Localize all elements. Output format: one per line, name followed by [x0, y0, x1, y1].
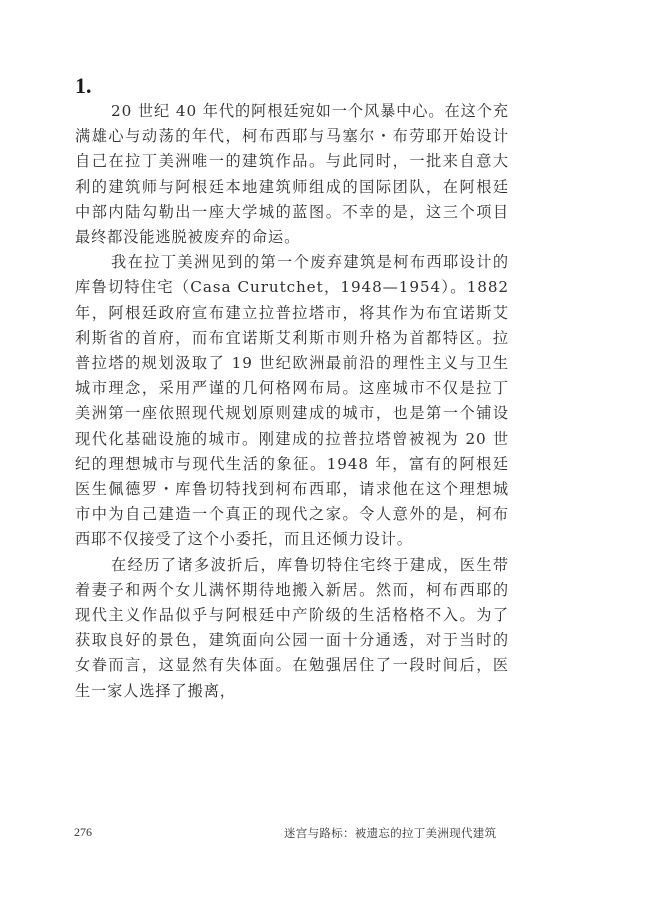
page-number: 276 — [74, 825, 92, 840]
body-text: 20 世纪 40 年代的阿根廷宛如一个风暴中心。在这个充满雄心与动荡的年代，柯布… — [75, 99, 509, 704]
paragraph-3: 在经历了诸多波折后，库鲁切特住宅终于建成，医生带着妻子和两个女儿满怀期待地搬入新… — [75, 553, 509, 704]
page-footer: 276 迷宫与路标：被遗忘的拉丁美洲现代建筑 — [0, 825, 660, 845]
paragraph-1: 20 世纪 40 年代的阿根廷宛如一个风暴中心。在这个充满雄心与动荡的年代，柯布… — [75, 99, 509, 250]
section-heading: 1. — [75, 73, 92, 99]
paragraph-2: 我在拉丁美洲见到的第一个废弃建筑是柯布西耶设计的库鲁切特住宅（Casa Curu… — [75, 250, 509, 552]
running-title: 迷宫与路标：被遗忘的拉丁美洲现代建筑 — [284, 825, 496, 841]
book-page: 1. 20 世纪 40 年代的阿根廷宛如一个风暴中心。在这个充满雄心与动荡的年代… — [0, 0, 660, 897]
